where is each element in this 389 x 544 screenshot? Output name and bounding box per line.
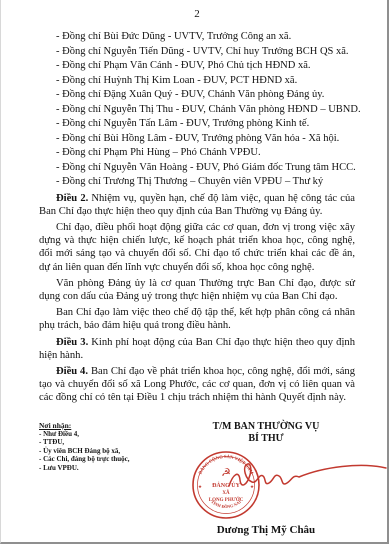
body-paragraphs: Điều 2.Nhiệm vụ, quyền hạn, chế độ làm v… [39,192,355,405]
recipient-item: - Lưu VPĐU. [39,464,177,473]
list-item: - Đồng chí Nguyễn Văn Hoàng - ĐUV, Phó G… [39,161,355,176]
article-label: Điều 2. [56,193,88,204]
recipients-heading: Nơi nhận: [39,421,177,430]
member-list: - Đồng chí Bùi Đức Dũng - UVTV, Trưởng C… [39,30,355,190]
list-item: - Đồng chí Bùi Đức Dũng - UVTV, Trưởng C… [39,30,355,45]
recipient-item: - Ủy viên BCH Đảng bộ xã, [39,447,177,456]
page-number: 2 [39,8,355,20]
signature-footer: Nơi nhận: - Như Điều 4, - TTĐU, - Ủy viê… [39,421,355,536]
list-item: - Đồng chí Trương Thị Thương – Chuyên vi… [39,175,355,190]
handwritten-signature [221,448,389,504]
list-item: - Đồng chí Phạm Văn Cánh - ĐUV, Phó Chủ … [39,59,355,74]
document-page: 2 - Đồng chí Bùi Đức Dũng - UVTV, Trưởng… [0,0,389,544]
recipient-item: - TTĐU, [39,438,177,447]
paragraph-dieu-3: Điều 3.Kinh phí hoạt động của Ban Chỉ đạ… [39,336,355,362]
list-item: - Đồng chí Nguyễn Tiến Dũng - UVTV, Chỉ … [39,45,355,60]
signer-title: BÍ THƯ [177,433,355,445]
signing-authority: T/M BAN THƯỜNG VỤ [177,421,355,433]
page-content: 2 - Đồng chí Bùi Đức Dũng - UVTV, Trưởng… [1,0,387,536]
paragraph-text: Chỉ đạo, điều phối hoạt động giữa các cơ… [39,222,355,273]
signer-name: Dương Thị Mỹ Châu [177,524,355,536]
recipient-item: - Các Chi, đảng bộ trực thuộc, [39,455,177,464]
list-item: - Đồng chí Nguyễn Thị Thu - ĐUV, Chánh V… [39,103,355,118]
paragraph: Ban Chỉ đạo làm việc theo chế độ tập thể… [39,306,355,332]
paragraph-text: Ban Chỉ đạo làm việc theo chế độ tập thể… [39,307,355,331]
list-item: - Đồng chí Bùi Hồng Lâm - ĐUV, Trưởng ph… [39,132,355,147]
article-label: Điều 4. [56,366,88,377]
recipient-item: - Như Điều 4, [39,430,177,439]
paragraph: Chỉ đạo, điều phối hoạt động giữa các cơ… [39,221,355,274]
recipients-block: Nơi nhận: - Như Điều 4, - TTĐU, - Ủy viê… [39,421,177,536]
sign-block: T/M BAN THƯỜNG VỤ BÍ THƯ ĐẢNG CỘNG SẢN V… [177,421,355,536]
seal-and-signature: ĐẢNG CỘNG SẢN VIỆT NAM TỈNH ĐỒNG NAI ☭ ★… [177,448,355,520]
seal-star-left-icon: ★ [198,484,203,489]
article-label: Điều 3. [56,337,88,348]
list-item: - Đồng chí Phạm Phi Hùng – Phó Chánh VPĐ… [39,146,355,161]
paragraph: Văn phòng Đảng ủy là cơ quan Thường trực… [39,277,355,303]
paragraph-dieu-4: Điều 4.Ban Chỉ đạo về phát triển khoa họ… [39,365,355,405]
list-item: - Đồng chí Đặng Xuân Quý - ĐUV, Chánh Vă… [39,88,355,103]
paragraph-dieu-2: Điều 2.Nhiệm vụ, quyền hạn, chế độ làm v… [39,192,355,218]
paragraph-text: Văn phòng Đảng ủy là cơ quan Thường trực… [39,278,355,302]
list-item: - Đồng chí Nguyễn Tấn Lâm - ĐUV, Trưởng … [39,117,355,132]
list-item: - Đồng chí Huỳnh Thị Kim Loan - ĐUV, PCT… [39,74,355,89]
